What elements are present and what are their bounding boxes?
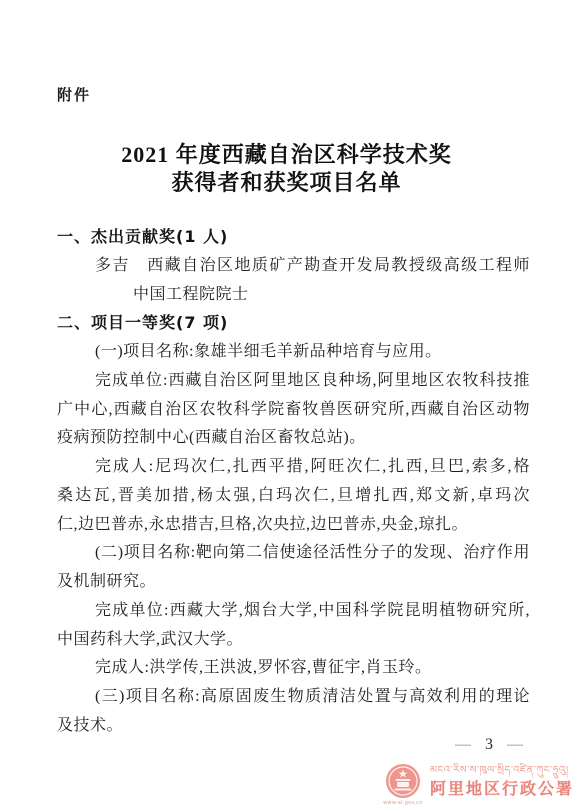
agency-name-chinese: 阿里地区行政公署 <box>430 779 573 799</box>
document-body: 一、杰出贡献奖(1 人)多吉 西藏自治区地质矿产勘查开发局教授级高级工程师中国工… <box>57 223 530 741</box>
document-line: (二)项目名称:靶向第二信使途径活性分子的发现、治疗作用 <box>57 539 530 568</box>
emblem-column: www.al.gov.cn <box>383 763 423 806</box>
title-line-1: 2021 年度西藏自治区科学技术奖 <box>0 141 573 169</box>
attachment-label: 附件 <box>57 84 91 105</box>
page-number-dash-left: — <box>455 736 471 754</box>
document-line: 完成单位:西藏自治区阿里地区良种场,阿里地区农牧科技推 <box>57 367 530 396</box>
agency-watermark: www.al.gov.cn མངའ་རིས་ས་ཁུལ་སྲིད་འཛིན་ཀུ… <box>383 763 573 806</box>
document-line: 完成人:洪学传,王洪波,罗怀容,曹征宇,肖玉玲。 <box>57 654 530 683</box>
document-title: 2021 年度西藏自治区科学技术奖 获得者和获奖项目名单 <box>0 141 573 197</box>
document-line: 完成人:尼玛次仁,扎西平措,阿旺次仁,扎西,旦巴,索多,格 <box>57 453 530 482</box>
document-line: (三)项目名称:高原固废生物质清洁处置与高效利用的理论 <box>57 683 530 712</box>
agency-website: www.al.gov.cn <box>383 800 423 806</box>
document-line: 疫病预防控制中心(西藏自治区畜牧总站)。 <box>57 424 530 453</box>
document-line: 仁,边巴普赤,永忠措吉,旦格,次央拉,边巴普赤,央金,琼扎。 <box>57 511 530 540</box>
section-heading: 二、项目一等奖(7 项) <box>57 309 530 338</box>
page-number-value: 3 <box>485 736 493 754</box>
document-line: 中国工程院院士 <box>57 281 530 310</box>
agency-name-tibetan: མངའ་རིས་ས་ཁུལ་སྲིད་འཛིན་ཀུང་ཧྲུའུ། <box>430 763 573 779</box>
document-line: 中国药科大学,武汉大学。 <box>57 626 530 655</box>
title-line-2: 获得者和获奖项目名单 <box>0 169 573 197</box>
document-page: 附件 2021 年度西藏自治区科学技术奖 获得者和获奖项目名单 一、杰出贡献奖(… <box>0 0 573 806</box>
document-line: 桑达瓦,晋美加措,杨太强,白玛次仁,旦增扎西,郑文新,卓玛次 <box>57 482 530 511</box>
page-number: — 3 — <box>455 736 523 754</box>
section-heading: 一、杰出贡献奖(1 人) <box>57 223 530 252</box>
national-emblem-icon <box>385 763 421 799</box>
document-line: 及机制研究。 <box>57 568 530 597</box>
document-line: (一)项目名称:象雄半细毛羊新品种培育与应用。 <box>57 338 530 367</box>
page-number-dash-right: — <box>507 736 523 754</box>
document-line: 多吉 西藏自治区地质矿产勘查开发局教授级高级工程师 <box>57 252 530 281</box>
document-line: 广中心,西藏自治区农牧科学院畜牧兽医研究所,西藏自治区动物 <box>57 396 530 425</box>
agency-text-column: མངའ་རིས་ས་ཁུལ་སྲིད་འཛིན་ཀུང་ཧྲུའུ། 阿里地区行… <box>430 763 573 799</box>
document-line: 完成单位:西藏大学,烟台大学,中国科学院昆明植物研究所, <box>57 597 530 626</box>
